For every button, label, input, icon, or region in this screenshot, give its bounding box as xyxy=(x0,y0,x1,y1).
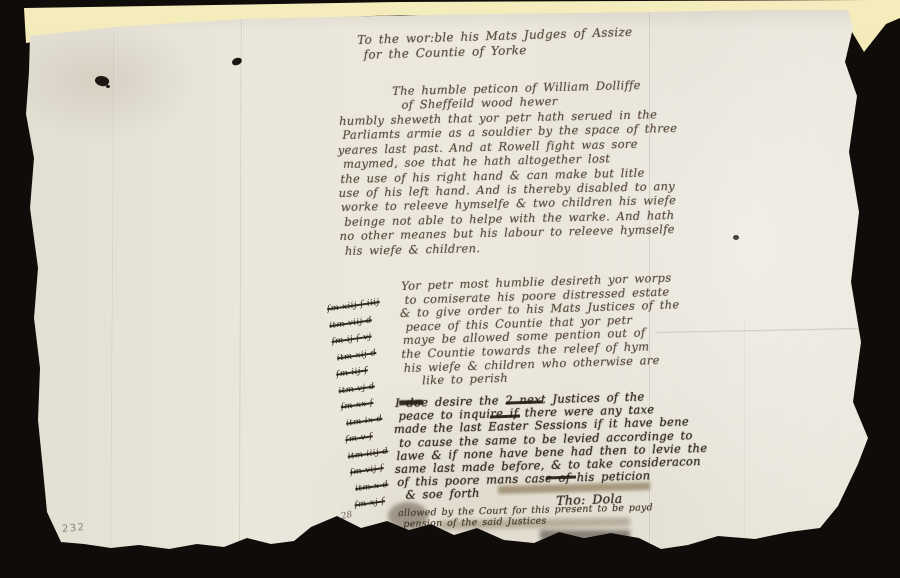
petition-text-block: humbly sheweth that yor petr hath serued… xyxy=(339,107,680,258)
judges-order-block: I doe desire the 2 next Justices of thep… xyxy=(395,389,709,503)
manuscript-page: To the wor:ble his Mats Judges of Assize… xyxy=(0,0,900,578)
ink-speck xyxy=(733,235,739,240)
fold-crease-vertical-4 xyxy=(744,320,747,546)
fold-crease-vertical-1 xyxy=(110,24,117,548)
fold-crease-vertical-2 xyxy=(239,16,244,544)
prayer-text-block: Yor petr most humblie desireth yor worps… xyxy=(401,271,682,388)
corner-pencil-number: 28 xyxy=(340,510,353,522)
fold-crease-horizontal xyxy=(655,328,860,334)
ink-blot xyxy=(106,85,110,88)
strikethrough-mark xyxy=(399,400,423,406)
manuscript-photo: To the wor:ble his Mats Judges of Assize… xyxy=(0,0,900,578)
address-block: To the wor:ble his Mats Judges of Assize… xyxy=(357,25,633,63)
ink-smudge xyxy=(540,530,630,540)
pencil-folio-number: 232 xyxy=(62,522,86,535)
salutation-block: The humble peticon of William Dolliffeof… xyxy=(392,79,641,112)
